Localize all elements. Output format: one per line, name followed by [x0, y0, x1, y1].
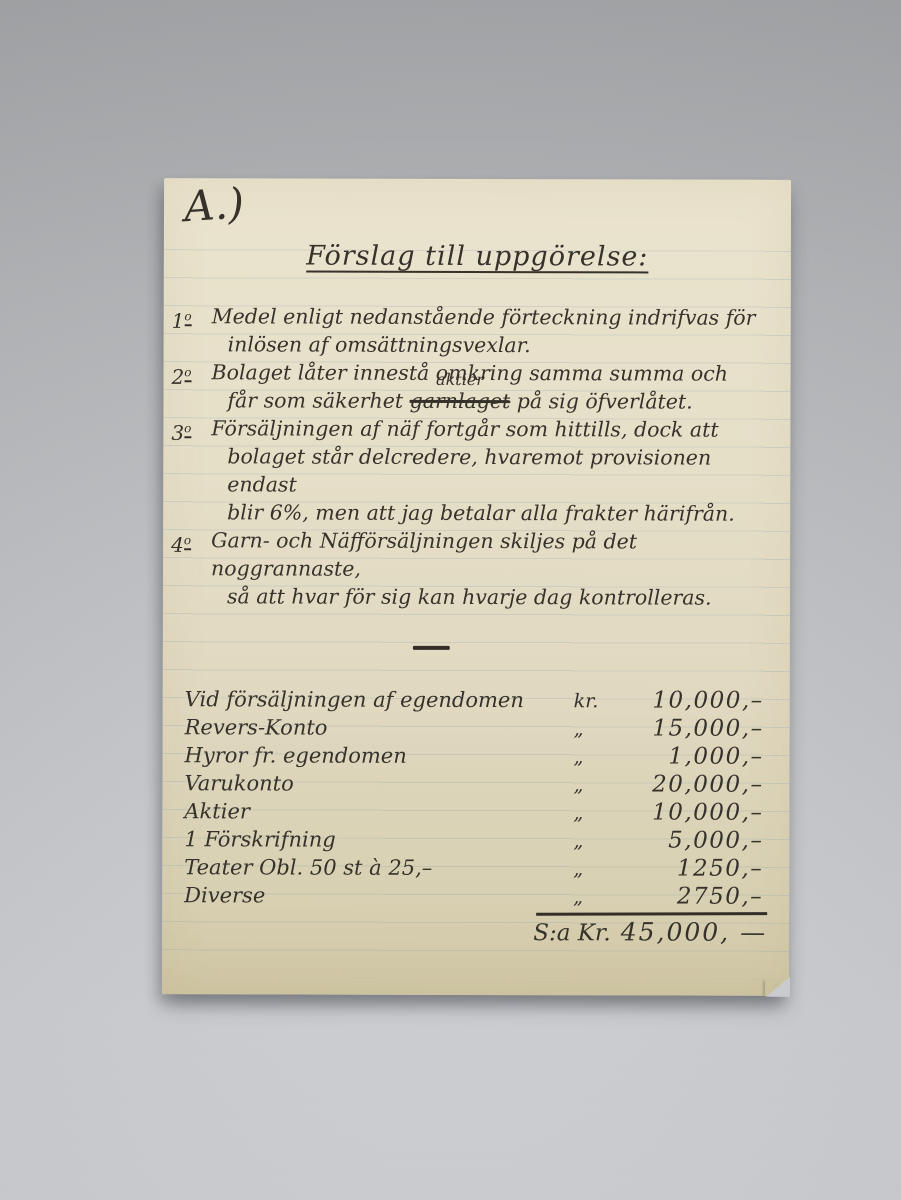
row-label: Hyror fr. egendomen [185, 743, 574, 768]
strikethrough-word: garnlagetaktier [410, 389, 511, 413]
photo-background: A.) Förslag till uppgörelse: 1o Medel en… [0, 0, 901, 1200]
item-line: får som säkerhet garnlagetaktier på sig … [211, 386, 768, 415]
corner-mark: A.) [183, 182, 246, 228]
item-number: 3o [171, 414, 211, 526]
row-amount: 2750,– [615, 883, 763, 909]
item-line: blir 6%, men att jag betalar alla frakte… [211, 498, 768, 527]
row-amount: 1250,– [615, 855, 763, 881]
ledger-row: Aktier „ 10,000,– [184, 798, 763, 828]
line-segment: får som säkerhet [227, 388, 409, 412]
total-label: S:a Kr. [533, 920, 611, 946]
item-number: 4o [171, 526, 211, 610]
ledger-row: Teater Obl. 50 st à 25,– „ 1250,– [184, 854, 763, 884]
item-line: så att hvar för sig kan hvarje dag kontr… [211, 582, 768, 611]
row-label: Vid försäljningen af egendomen [185, 687, 574, 712]
item-text: Medel enligt nedanstående förteckning in… [212, 302, 769, 359]
row-amount: 5,000,– [615, 827, 763, 853]
numbered-list: 1o Medel enligt nedanstående förteckning… [171, 302, 769, 612]
row-amount: 15,000,– [616, 715, 764, 741]
ledger-row: Diverse „ 2750,– [184, 882, 763, 912]
row-label: Revers-Konto [185, 715, 574, 740]
item-number: 2o [171, 358, 211, 414]
row-amount: 1,000,– [616, 743, 764, 769]
list-item-4: 4o Garn- och Näfförsäljningen skiljes på… [171, 526, 768, 612]
row-amount: 10,000,– [616, 687, 764, 713]
ditto-mark: „ [573, 858, 615, 880]
item-text: Garn- och Näfförsäljningen skiljes på de… [211, 526, 768, 611]
item-number: 1o [172, 302, 212, 358]
row-label: Teater Obl. 50 st à 25,– [184, 855, 573, 880]
item-line: Garn- och Näfförsäljningen skiljes på de… [211, 526, 768, 583]
list-item-1: 1o Medel enligt nedanstående förteckning… [172, 302, 769, 360]
dog-ear-fold [765, 980, 780, 997]
line-segment: på sig öfverlåtet. [510, 389, 693, 413]
document-page: A.) Förslag till uppgörelse: 1o Medel en… [162, 178, 791, 996]
page-title: Förslag till uppgörelse: [164, 240, 791, 273]
row-amount: 10,000,– [615, 799, 763, 825]
inserted-word: aktier [436, 372, 484, 388]
ledger-row: Revers-Konto „ 15,000,– [185, 714, 764, 744]
ditto-mark: „ [574, 746, 616, 768]
item-line: Medel enligt nedanstående förteckning in… [212, 302, 769, 331]
total-rule [536, 912, 767, 915]
item-text: Bolaget låter innestå omkring samma summ… [211, 358, 768, 415]
ledger-row: Vid försäljningen af egendomen kr. 10,00… [185, 686, 764, 716]
section-divider [413, 646, 450, 650]
ledger-table: Vid försäljningen af egendomen kr. 10,00… [184, 686, 764, 912]
total-amount: 45,000, — [621, 917, 767, 946]
row-label: Diverse [184, 883, 573, 908]
ditto-mark: „ [573, 802, 615, 824]
row-label: Varukonto [184, 771, 573, 796]
list-item-3: 3o Försäljningen af näf fortgår som hitt… [171, 414, 768, 528]
row-label: Aktier [184, 799, 573, 824]
item-line: Försäljningen af näf fortgår som hittill… [211, 414, 768, 443]
ditto-mark: „ [573, 830, 615, 852]
item-line: inlösen af omsättningsvexlar. [212, 330, 769, 359]
item-line: bolaget står delcredere, hvaremot provis… [211, 442, 768, 499]
ledger-row: 1 Förskrifning „ 5,000,– [184, 826, 763, 856]
row-amount: 20,000,– [615, 771, 763, 797]
ditto-mark: „ [573, 886, 615, 908]
ledger-row: Hyror fr. egendomen „ 1,000,– [185, 742, 764, 772]
currency-mark: kr. [574, 690, 616, 712]
item-text: Försäljningen af näf fortgår som hittill… [211, 414, 768, 527]
ditto-mark: „ [574, 718, 616, 740]
ledger-row: Varukonto „ 20,000,– [184, 770, 763, 800]
total-row: S:a Kr. 45,000, — [533, 917, 767, 947]
item-line: Bolaget låter innestå omkring samma summ… [212, 358, 769, 387]
ditto-mark: „ [573, 774, 615, 796]
row-label: 1 Förskrifning [184, 827, 573, 852]
list-item-2: 2o Bolaget låter innestå omkring samma s… [171, 358, 768, 416]
